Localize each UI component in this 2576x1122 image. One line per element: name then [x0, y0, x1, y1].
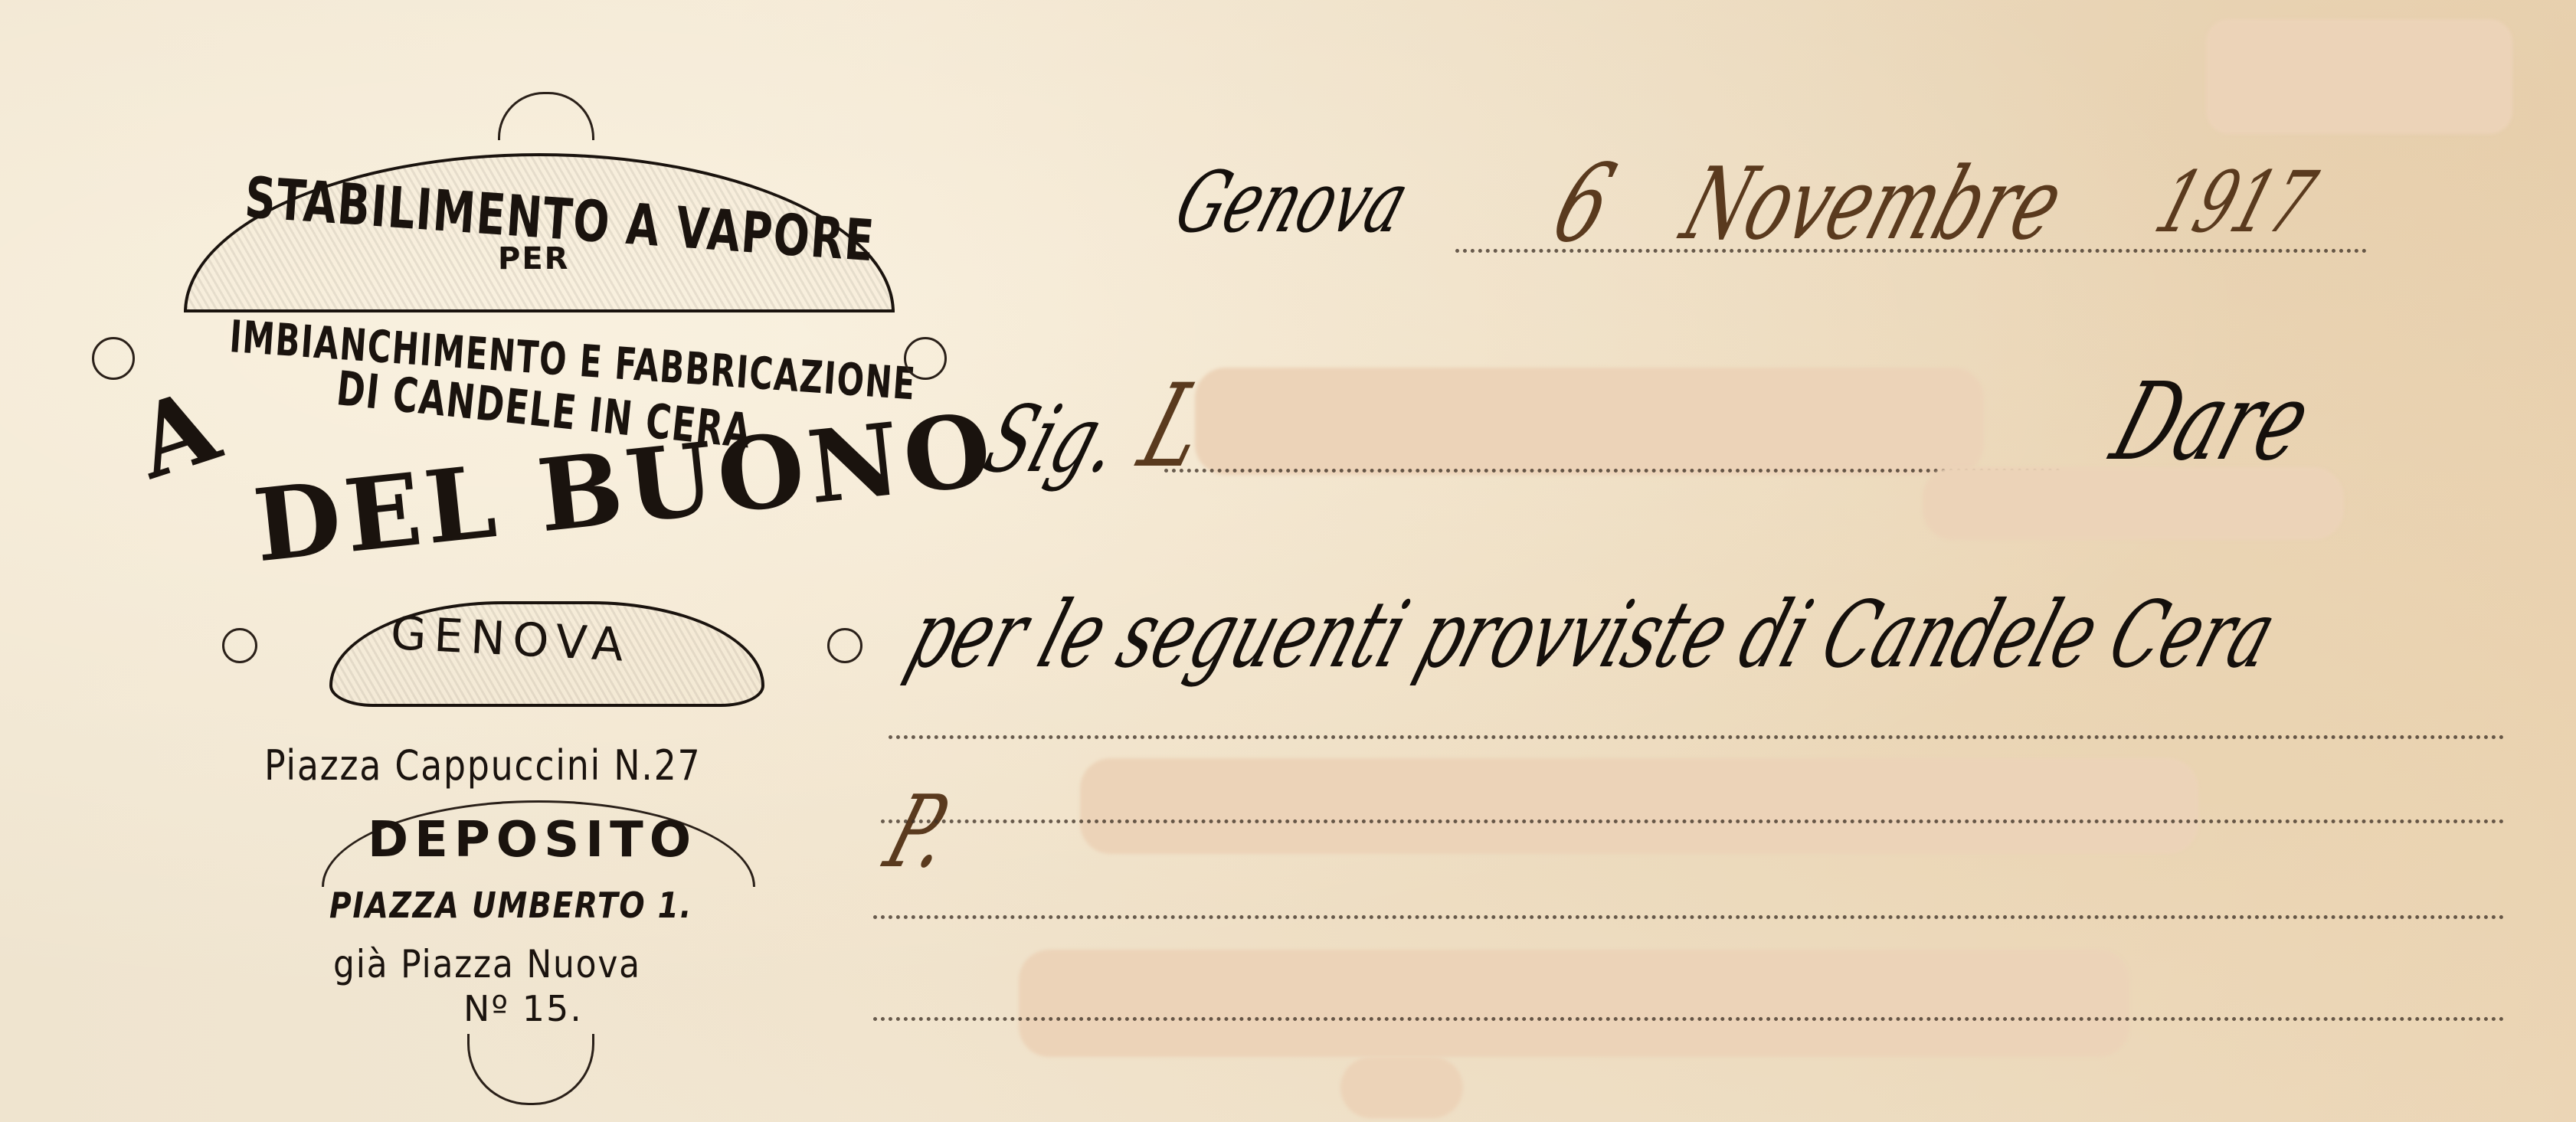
date-day: 6 [1540, 142, 1628, 267]
date-year: 1917 [2145, 153, 2327, 251]
scroll-ornament-icon [827, 628, 862, 663]
address-main: Piazza Cappuccini N.27 [264, 741, 701, 790]
item-line-1 [889, 735, 2505, 739]
date-dotted-line [1455, 249, 2367, 253]
redacted-corner-annotation [2206, 19, 2512, 134]
deposit-address: PIAZZA UMBERTO 1. [329, 885, 692, 926]
place-label: Genova [1164, 153, 1420, 251]
top-flourish-icon [498, 92, 594, 140]
scroll-ornament-icon [904, 337, 947, 380]
redacted-item-2-tail [1340, 1057, 1463, 1118]
scroll-ornament-icon [222, 628, 257, 663]
redacted-item-1 [1080, 758, 2198, 854]
recipient-label: Sig. [973, 387, 1134, 493]
recipient-dotted-line [1164, 469, 2060, 473]
former-number: Nº 15. [463, 988, 583, 1029]
redacted-recipient-name [1195, 368, 1984, 475]
item-line-4 [873, 1017, 2505, 1021]
redacted-item-2 [1019, 950, 2129, 1057]
former-address: già Piazza Nuova [333, 942, 641, 986]
date-month: Novembre [1670, 146, 2077, 262]
deposit-label: DEPOSITO [368, 812, 697, 868]
item-line-3 [873, 915, 2505, 919]
item-prefix: P. [873, 774, 966, 890]
company-initial: A [122, 366, 233, 502]
description-label: per le seguenti provviste di Candele Cer… [896, 582, 2288, 689]
debit-label: Dare [2099, 360, 2325, 485]
letterhead-per: PER [498, 241, 569, 276]
item-line-2 [881, 819, 2505, 823]
redacted-recipient-detail [1923, 467, 2344, 540]
scroll-ornament-icon [92, 337, 135, 380]
bottom-flourish-icon [467, 1034, 594, 1105]
